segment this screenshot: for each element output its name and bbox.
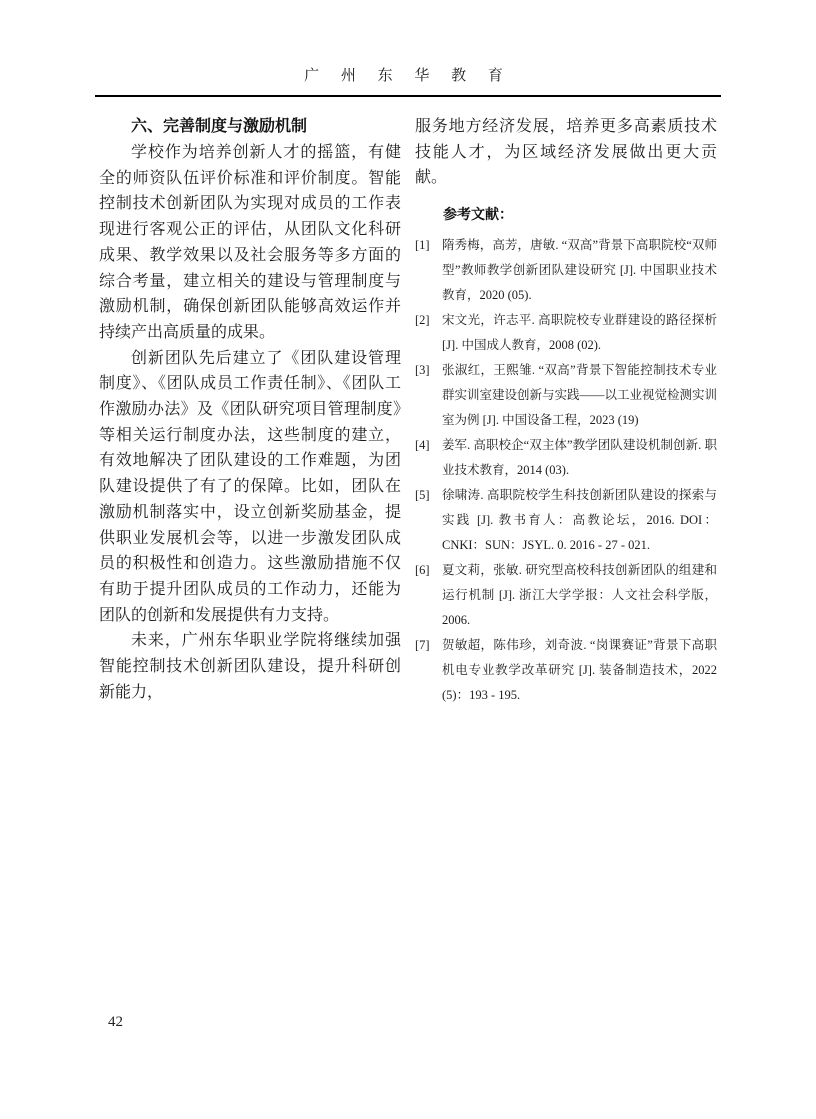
references-heading: 参考文献： [415,204,717,224]
reference-label: [1] [415,233,430,258]
paragraph: 创新团队先后建立了《团队建设管理制度》、《团队成员工作责任制》、《团队工作激励办… [99,346,401,629]
reference-item: [4]姜军. 高职校企“双主体”教学团队建设机制创新. 职业技术教育，2014 … [415,433,717,483]
reference-text: 宋文光，许志平. 高职院校专业群建设的路径探析 [J]. 中国成人教育，2008… [442,313,717,352]
reference-text: 张淑红，王熙雏. “双高”背景下智能控制技术专业群实训室建设创新与实践——以工业… [442,363,717,427]
reference-item: [5]徐啸涛. 高职院校学生科技创新团队建设的探索与实践 [J]. 教书育人：高… [415,483,717,558]
right-column: 服务地方经济发展，培养更多高素质技术技能人才，为区域经济发展做出更大贡献。 参考… [415,114,717,708]
section-heading: 六、完善制度与激励机制 [99,114,401,140]
paragraph: 未来，广州东华职业学院将继续加强智能控制技术创新团队建设，提升科研创新能力， [99,628,401,705]
reference-text: 隋秀梅，高芳，唐敏. “双高”背景下高职院校“双师型”教师教学创新团队建设研究 … [442,238,717,302]
header-rule [95,95,721,97]
journal-header-title: 广 州 东 华 教 育 [0,0,816,86]
reference-label: [2] [415,308,430,333]
reference-label: [6] [415,558,430,583]
references-list: [1]隋秀梅，高芳，唐敏. “双高”背景下高职院校“双师型”教师教学创新团队建设… [415,233,717,708]
reference-text: 贺敏超，陈伟珍，刘奇波. “岗课赛证”背景下高职机电专业教学改革研究 [J]. … [442,638,717,702]
reference-label: [5] [415,483,430,508]
paragraph: 学校作为培养创新人才的摇篮，有健全的师资队伍评价标准和评价制度。智能控制技术创新… [99,140,401,346]
reference-item: [1]隋秀梅，高芳，唐敏. “双高”背景下高职院校“双师型”教师教学创新团队建设… [415,233,717,308]
reference-label: [7] [415,633,430,658]
reference-item: [2]宋文光，许志平. 高职院校专业群建设的路径探析 [J]. 中国成人教育，2… [415,308,717,358]
reference-label: [4] [415,433,430,458]
document-page: 广 州 东 华 教 育 六、完善制度与激励机制 学校作为培养创新人才的摇篮，有健… [0,0,816,1119]
two-column-layout: 六、完善制度与激励机制 学校作为培养创新人才的摇篮，有健全的师资队伍评价标准和评… [99,114,717,708]
reference-item: [6]夏文莉，张敏. 研究型高校科技创新团队的组建和运行机制 [J]. 浙江大学… [415,558,717,633]
reference-item: [7]贺敏超，陈伟珍，刘奇波. “岗课赛证”背景下高职机电专业教学改革研究 [J… [415,633,717,708]
left-paragraphs: 学校作为培养创新人才的摇篮，有健全的师资队伍评价标准和评价制度。智能控制技术创新… [99,140,401,705]
reference-label: [3] [415,358,430,383]
reference-text: 夏文莉，张敏. 研究型高校科技创新团队的组建和运行机制 [J]. 浙江大学学报：… [442,563,717,627]
continuation-paragraph: 服务地方经济发展，培养更多高素质技术技能人才，为区域经济发展做出更大贡献。 [415,114,717,191]
reference-text: 徐啸涛. 高职院校学生科技创新团队建设的探索与实践 [J]. 教书育人：高教论坛… [442,488,717,552]
reference-item: [3]张淑红，王熙雏. “双高”背景下智能控制技术专业群实训室建设创新与实践——… [415,358,717,433]
reference-text: 姜军. 高职校企“双主体”教学团队建设机制创新. 职业技术教育，2014 (03… [442,438,717,477]
left-column: 六、完善制度与激励机制 学校作为培养创新人才的摇篮，有健全的师资队伍评价标准和评… [99,114,401,705]
page-number: 42 [108,1014,123,1031]
